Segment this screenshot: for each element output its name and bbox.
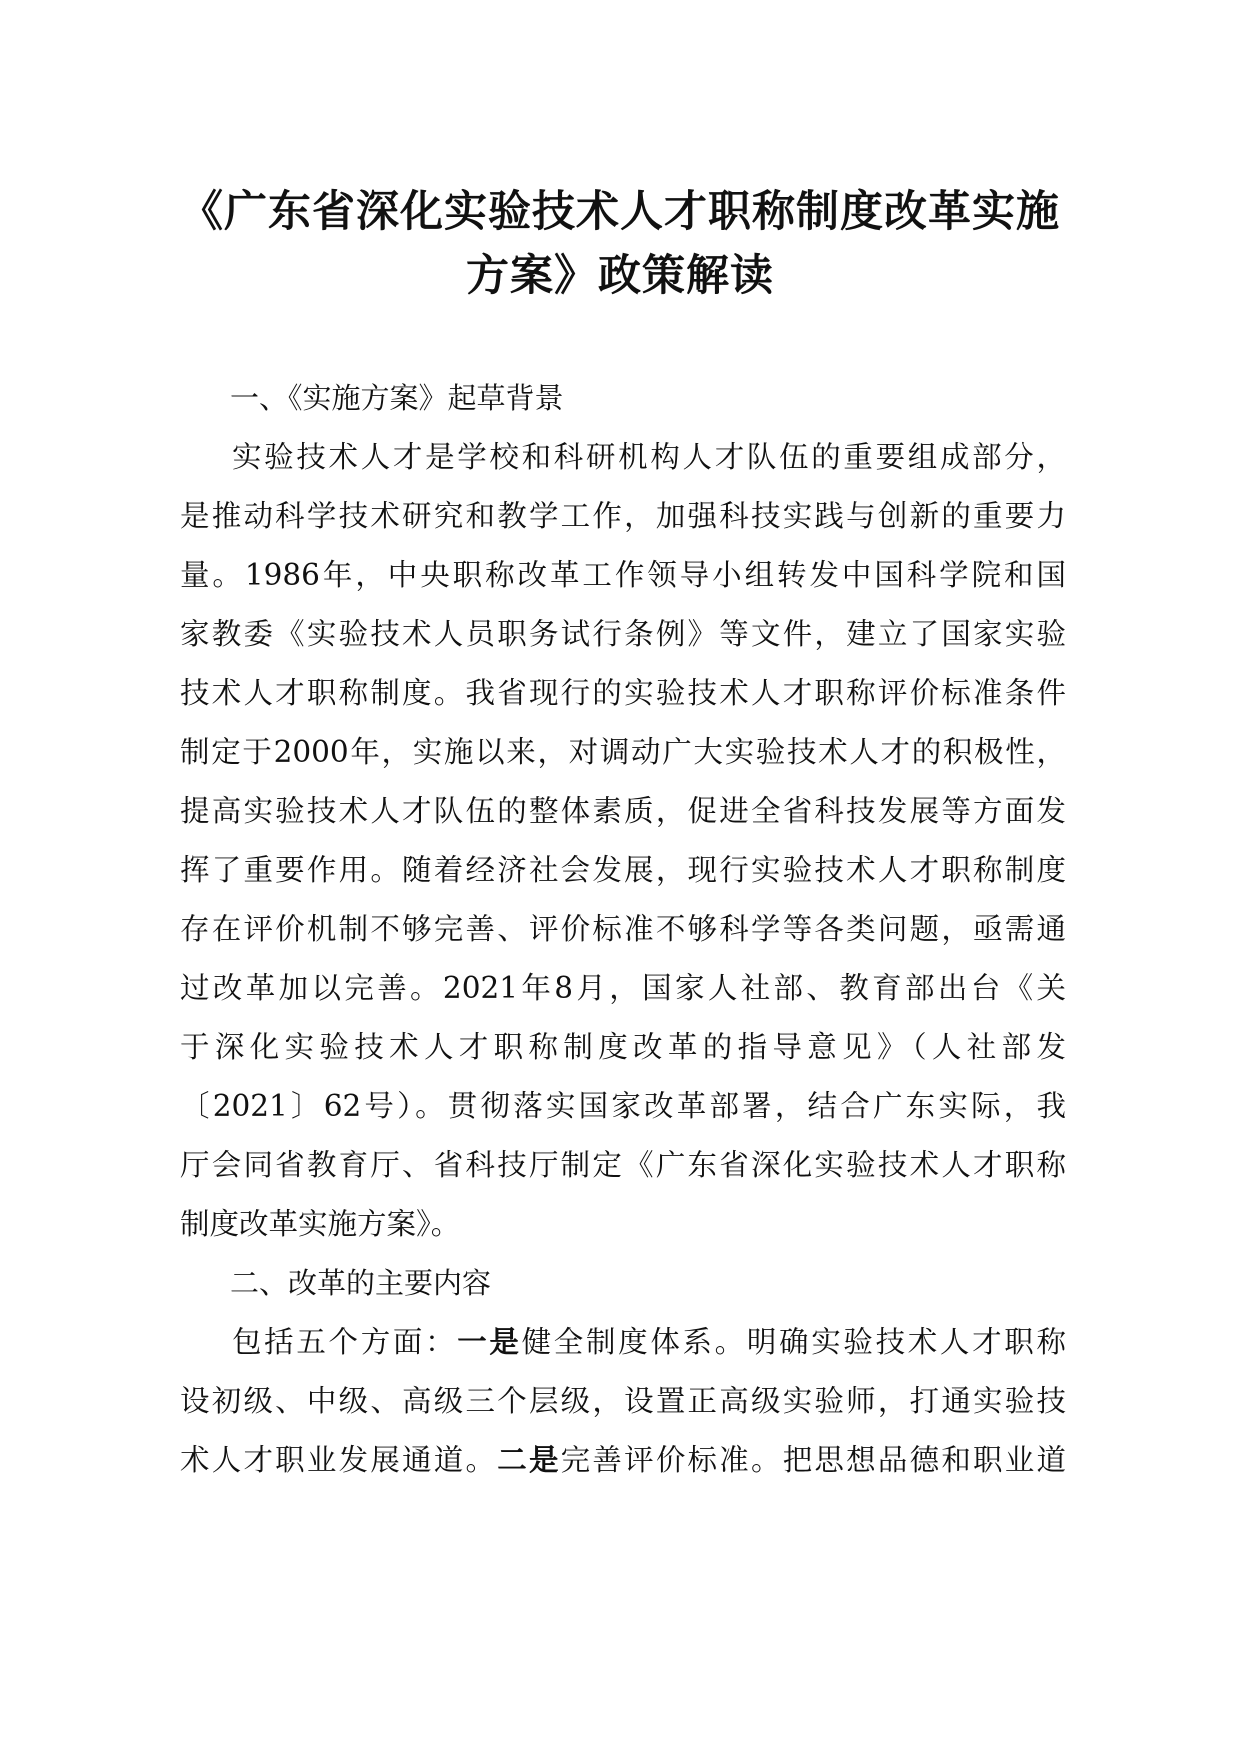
paragraph-line: 是推动科学技术研究和教学工作，加强科技实践与创新的重要力 [180,496,1066,536]
paragraph-line: 术人才职业发展通道。二是完善评价标准。把思想品德和职业道 [180,1440,1066,1480]
emphasis-run: 二是 [497,1443,560,1477]
paragraph-line: 设初级、中级、高级三个层级，设置正高级实验师，打通实验技 [180,1381,1066,1421]
title-line-1: 《广东省深化实验技术人才职称制度改革实施 [180,180,1060,244]
paragraph-line: 〔2021〕62号）。贯彻落实国家改革部署，结合广东实际，我 [180,1086,1066,1126]
title-line-2: 方案》政策解读 [180,244,1060,308]
emphasis-run: 一是 [457,1325,521,1359]
paragraph-line: 实验技术人才是学校和科研机构人才队伍的重要组成部分， [232,437,1066,477]
paragraph-line: 于深化实验技术人才职称制度改革的指导意见》（人社部发 [180,1027,1066,1067]
text-run: 健全制度体系。明确实验技术人才职称 [522,1325,1066,1359]
document-title: 《广东省深化实验技术人才职称制度改革实施 方案》政策解读 [180,180,1060,308]
paragraph-line: 提高实验技术人才队伍的整体素质，促进全省科技发展等方面发 [180,791,1066,831]
paragraph-line: 制定于2000年，实施以来，对调动广大实验技术人才的积极性， [180,732,1066,772]
paragraph-line: 挥了重要作用。随着经济社会发展，现行实验技术人才职称制度 [180,850,1066,890]
paragraph-line: 家教委《实验技术人员职务试行条例》等文件，建立了国家实验 [180,614,1066,654]
paragraph-line: 制度改革实施方案》。 [180,1204,1066,1244]
paragraph-line: 技术人才职称制度。我省现行的实验技术人才职称评价标准条件 [180,673,1066,713]
paragraph-line: 厅会同省教育厅、省科技厅制定《广东省深化实验技术人才职称 [180,1145,1066,1185]
paragraph-line: 过改革加以完善。2021年8月，国家人社部、教育部出台《关 [180,968,1066,1008]
paragraph-line: 量。1986年，中央职称改革工作领导小组转发中国科学院和国 [180,555,1066,595]
text-run: 设初级、中级、高级三个层级，设置正高级实验师，打通实验技 [180,1384,1066,1418]
paragraph-line: 存在评价机制不够完善、评价标准不够科学等各类问题，亟需通 [180,909,1066,949]
text-run: 完善评价标准。把思想品德和职业道 [561,1443,1066,1477]
section-heading-1: 一、《实施方案》起草背景 [230,378,564,418]
paragraph-line: 包括五个方面：一是健全制度体系。明确实验技术人才职称 [232,1322,1066,1362]
text-run: 包括五个方面： [232,1325,457,1359]
section-heading-2: 二、改革的主要内容 [230,1263,491,1303]
text-run: 术人才职业发展通道。 [180,1443,497,1477]
